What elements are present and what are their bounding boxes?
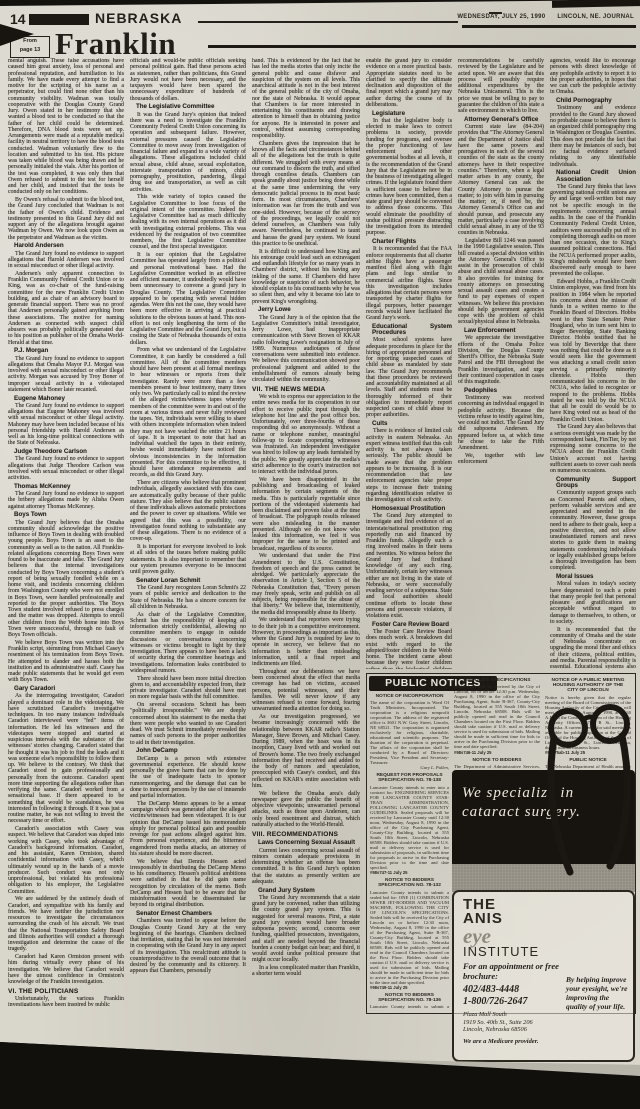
article-column-2: officials and would-be public officials … <box>130 58 246 1006</box>
dateline: WEDNESDAY, JULY 25, 1990 LINCOLN, NE. JO… <box>447 14 634 20</box>
article-paragraph: Moral values in today's society have deg… <box>550 581 636 625</box>
notice-tag: #98s747-11 July 25 <box>370 870 449 875</box>
notice-title-line: SPECIFICATION NO. 78-132 <box>370 883 449 888</box>
public-notice: PUBLIC NOTICEThe Nebraska Department of … <box>545 758 631 770</box>
article-paragraph: We understand that under the First Amend… <box>252 553 360 616</box>
section-heading: VI. THE POLITICIANS <box>8 989 124 995</box>
section-heading: Grand Jury System <box>252 888 360 894</box>
section-heading: Boys Town <box>8 512 124 518</box>
article-paragraph: We are saddened by the untimely death of… <box>8 896 124 952</box>
notice-tag: #98s75ab-11 July 25 <box>545 750 631 755</box>
article-paragraph: The Grand Jury recommends that a state g… <box>252 895 360 964</box>
article-paragraph: It is recommended that the community of … <box>550 627 636 670</box>
anis-medicare-note: We are a Medicare provider. <box>463 1038 539 1045</box>
anis-institute: INSTITUTE <box>463 944 539 959</box>
article-paragraph: The Grand Jury found no evidence to supp… <box>8 356 124 394</box>
article-paragraph: Current state law (84-204) provides that… <box>458 124 544 237</box>
article-paragraph: It was the Grand Jury's opinion that ind… <box>130 112 246 193</box>
article-paragraph: The Grand Jury thinks that laws governin… <box>550 184 636 278</box>
article-paragraph: There should have been more initial dire… <box>130 676 246 701</box>
public-notice: LINCOLN'S SPECIFICATIONSSealed bids will… <box>454 678 540 755</box>
article-paragraph: We believe that Dennis Hessen acted irre… <box>130 859 246 909</box>
article-paragraph: By Owen's refusal to submit to the blood… <box>8 197 124 241</box>
article-paragraph: It is difficult to understand how King a… <box>252 249 360 305</box>
notice-title: PUBLIC NOTICE <box>545 758 631 763</box>
article-paragraph: Edward Hobbs, a Franklin Credit Union em… <box>550 279 636 423</box>
article-column-6: agencies, would like to encourage person… <box>550 58 636 669</box>
section-heading: Community Support Groups <box>550 477 636 490</box>
headline-rule <box>208 45 636 48</box>
notice-body: Lancaster County intends to submit a sea… <box>370 1004 449 1009</box>
cataract-line2: cataract surgery. <box>462 803 581 822</box>
section-heading: Senator Ernest Chambers <box>130 911 246 917</box>
section-heading: Moral Issues <box>550 574 636 580</box>
dateline-rule <box>462 25 636 28</box>
article-headline: Franklin <box>55 26 176 62</box>
notices-column-2: LINCOLN'S SPECIFICATIONSSealed bids will… <box>454 678 540 770</box>
scan-artifact-dash <box>489 12 502 14</box>
notice-title-line: NOTICE OF INCORPORATION <box>370 694 449 699</box>
public-notice: NOTICE TO BIDDERSSPECIFICATION NO. 78-13… <box>370 878 449 990</box>
article-paragraph: Chambers gives the impression that he kn… <box>252 141 360 247</box>
section-heading: Gary Caradori <box>8 686 124 692</box>
section-heading: The Legislative Committee <box>130 104 246 110</box>
article-paragraph: Caradori's association with Casey was su… <box>8 826 124 895</box>
section-heading: Jerry Lowe <box>252 307 360 313</box>
section-heading: P.J. Morgan <box>8 348 124 354</box>
section-heading: Harold Andersen <box>8 243 124 249</box>
notice-title: NOTICE OF INCORPORATION <box>370 694 449 699</box>
article-paragraph: It is our opinion that the Legislative C… <box>130 252 246 346</box>
article-paragraph: Chambers was invited to appear before th… <box>130 918 246 974</box>
article-paragraph: We, together with law enforcement <box>458 453 544 466</box>
article-paragraph: The Grand Jury is of the opinion that th… <box>252 315 360 384</box>
notice-title: REQUEST FOR PROPOSALSSPECIFICATION NO. 7… <box>370 773 449 783</box>
notices-column-3: NOTICE OF A PUBLIC MEETINGHOUSING AUTHOR… <box>545 678 631 770</box>
section-heading: John DeCamp <box>130 748 246 754</box>
article-paragraph: The Grand Jury attempted to investigate … <box>366 513 452 619</box>
public-notice: NOTICE OF A PUBLIC MEETINGHOUSING AUTHOR… <box>545 678 631 755</box>
article-paragraph: The Grand Jury recognizes Loran Schmit's… <box>130 585 246 610</box>
article-paragraph: The DeCamp Memo appears to be a smear ca… <box>130 801 246 857</box>
article-paragraph: It is important for everyone involved to… <box>130 544 246 575</box>
anis-address: Plaza Mall South 1919 So. 40th St., Suit… <box>463 1011 533 1034</box>
notice-body: Notice is hereby given that the regular … <box>545 695 631 750</box>
article-paragraph: As the interrogating investigator, Carad… <box>8 693 124 824</box>
article-paragraph: Testimony was received concerning an ind… <box>458 395 544 451</box>
notice-body: Lancaster County intends to submit a sea… <box>370 890 449 985</box>
notice-tag: #98s746-11 July 25 <box>454 750 540 755</box>
article-paragraph: Andersen's only apparent connection to F… <box>8 271 124 346</box>
public-notice: REQUEST FOR PROPOSALSSPECIFICATION NO. 7… <box>370 773 449 875</box>
section-heading: Law Enforcement <box>458 328 544 334</box>
section-heading: Laws Concerning Sexual Assault <box>252 840 360 846</box>
article-paragraph: The Foster Care Review Board does much w… <box>366 629 452 669</box>
article-column-1: mental anguish. These false accusations … <box>8 58 124 1006</box>
article-paragraph: Current laws concerning sexual assault o… <box>252 848 360 886</box>
public-notice: NOTICE TO BIDDERSThe Department of Admin… <box>454 758 540 770</box>
masthead-logo-block <box>29 14 89 25</box>
public-notice: NOTICE TO BIDDERSSPECIFICATION NO. 78-13… <box>370 993 449 1009</box>
section-heading: Thomas McKenney <box>8 484 124 490</box>
notice-tag: #98s749-11 July 25 <box>370 985 449 990</box>
notices-column-1: NOTICE OF INCORPORATIONThe name of the c… <box>370 694 449 1009</box>
notice-title-line: CITY OF LINCOLN <box>545 688 631 693</box>
section-heading: Legislature <box>366 111 452 117</box>
publication-name: LINCOLN, NE. JOURNAL <box>557 14 634 20</box>
section-heading: VII. THE NEWS MEDIA <box>252 387 360 393</box>
article-paragraph: From what we understand of the Legislati… <box>130 347 246 478</box>
notice-title-line: SPECIFICATION NO. 78-136 <box>370 998 449 1003</box>
notice-title: NOTICE TO BIDDERSSPECIFICATION NO. 78-13… <box>370 993 449 1003</box>
article-paragraph: Legislative Bill 1246 was passed in the … <box>458 238 544 326</box>
article-paragraph: agencies, would like to encourage person… <box>550 58 636 96</box>
section-heading: Homosexual Prostitution <box>366 506 452 512</box>
anis-tagline: By helping improve your eyesight, we're … <box>566 975 628 1011</box>
notice-title: NOTICE OF A PUBLIC MEETINGHOUSING AUTHOR… <box>545 678 631 694</box>
masthead-rule <box>198 21 458 23</box>
article-paragraph: As our investigation progressed, we beca… <box>252 714 360 789</box>
section-heading: Eugene Mahoney <box>8 396 124 402</box>
grainy-photo-strip <box>452 864 635 892</box>
newspaper-page: 14 NEBRASKA WEDNESDAY, JULY 25, 1990 LIN… <box>0 0 640 1109</box>
article-paragraph: recommendations be carefully reviewed by… <box>458 58 544 114</box>
article-paragraph: Caradori had Karen Ormiston present with… <box>8 954 124 985</box>
notice-body: The name of the corporation is Word Of T… <box>370 700 449 765</box>
notice-title-line: SPECIFICATION NO. 78-138 <box>370 778 449 783</box>
article-paragraph: As chair of the Legislative Committee, S… <box>130 612 246 675</box>
article-paragraph: officials and would-be public officials … <box>130 58 246 102</box>
scan-edge-wedge <box>0 24 34 46</box>
article-paragraph: Unfortunately, the various Franklin inve… <box>8 996 124 1006</box>
cataract-banner-text: We specialize in cataract surgery. <box>462 784 581 822</box>
public-notice: NOTICE OF INCORPORATIONThe name of the c… <box>370 694 449 770</box>
article-paragraph: In a less complicated matter than Frankl… <box>252 965 360 978</box>
section-heading: Cults <box>366 421 452 427</box>
section-heading: VIII. RECOMMENDATIONS <box>252 832 360 838</box>
cataract-surgery-banner: We specialize in cataract surgery. <box>452 770 635 864</box>
notice-title: LINCOLN'S SPECIFICATIONS <box>454 678 540 683</box>
section-heading: Attorney General's Office <box>458 117 544 123</box>
anis-cta: For an appointment or free brochure: <box>463 962 573 981</box>
article-paragraph: The Grand Jury found no evidence to supp… <box>8 491 124 510</box>
article-paragraph: We appreciate the investigative efforts … <box>458 335 544 385</box>
anis-name: THE ANIS <box>463 898 503 926</box>
article-column-3: hand. This is evidenced by the fact that… <box>252 58 360 1006</box>
notice-title-line: NOTICE TO BIDDERS <box>454 758 540 763</box>
notice-body: Sealed bids will be received by the City… <box>454 684 540 749</box>
article-paragraph: Testimony and evidence provided to the G… <box>550 105 636 168</box>
article-paragraph: We believe Boys Town was written into th… <box>8 640 124 684</box>
anis-ad-box: THE ANIS eye INSTITUTE For an appointmen… <box>452 890 635 1062</box>
article-paragraph: There are citizens who believe that prom… <box>130 480 246 543</box>
notice-title: NOTICE TO BIDDERS <box>454 758 540 763</box>
article-paragraph: mental anguish. These false accusations … <box>8 58 124 196</box>
anis-phone-tollfree: 1-800/726-2647 <box>463 996 527 1008</box>
article-paragraph: We understand that reporters were trying… <box>252 617 360 667</box>
section-heading: Foster Care Review Board <box>366 622 452 628</box>
article-paragraph: There is evidence of limited cult activi… <box>366 428 452 503</box>
article-paragraph: In that the legislative body is elected … <box>366 118 452 237</box>
section-heading: Charter Flights <box>366 239 452 245</box>
anis-address-3: Lincoln, Nebraska 68506 <box>463 1026 533 1034</box>
article-paragraph: We wish to express our appreciation to t… <box>252 394 360 475</box>
eye-institute-ad: We specialize in cataract surgery. THE A… <box>452 770 635 1062</box>
section-heading: Senator Loran Schmit <box>130 578 246 584</box>
anis-phone-local: 402/483-4448 <box>463 984 527 996</box>
article-paragraph: Community support groups such as Concern… <box>550 490 636 571</box>
article-paragraph: The Grand Jury found no evidence to supp… <box>8 251 124 270</box>
section-heading: Judge Theodore Carlson <box>8 449 124 455</box>
notice-title-line: LINCOLN'S SPECIFICATIONS <box>454 678 540 683</box>
section-heading: Pedophiles <box>458 388 544 394</box>
article-paragraph: enable the grand jury to consider eviden… <box>366 58 452 108</box>
notice-title-line: PUBLIC NOTICE <box>545 758 631 763</box>
article-paragraph: DeCamp is a person with extensive govern… <box>130 756 246 800</box>
article-paragraph: We believe the Omaha area's daily newspa… <box>252 791 360 829</box>
notice-title: NOTICE TO BIDDERSSPECIFICATION NO. 78-13… <box>370 878 449 888</box>
anis-phones: 402/483-4448 1-800/726-2647 <box>463 984 527 1008</box>
article-paragraph: The Grand Jury believes that the Omaha c… <box>8 520 124 639</box>
article-paragraph: The Grand Jury found no evidence to supp… <box>8 456 124 481</box>
anis-address-2: 1919 So. 40th St., Suite 206 <box>463 1019 533 1027</box>
article-paragraph: The Grand Jury also believes that a seri… <box>550 424 636 474</box>
section-heading: Educational System Procedures <box>366 324 452 337</box>
article-paragraph: On several occasions Schmit has been "po… <box>130 702 246 746</box>
article-paragraph: This wide variety of topics caused the L… <box>130 194 246 250</box>
anis-address-1: Plaza Mall South <box>463 1011 533 1019</box>
article-paragraph: It is recommended that the FAA enforce r… <box>366 246 452 321</box>
notice-body: Lancaster County intends to enter into a… <box>370 785 449 870</box>
section-heading: Child Pornography <box>550 98 636 104</box>
section-name: NEBRASKA <box>95 10 182 26</box>
article-paragraph: hand. This is evidenced by the fact that… <box>252 58 360 139</box>
article-column-4: enable the grand jury to consider eviden… <box>366 58 452 669</box>
article-paragraph: Most school systems have adequate proced… <box>366 337 452 418</box>
continued-from-line2: page 13 <box>11 46 49 55</box>
section-heading: National Credit Union Association <box>550 170 636 183</box>
article-column-5: recommendations be carefully reviewed by… <box>458 58 544 669</box>
notice-signature: Gary L. Pullen, <box>370 765 449 770</box>
article-paragraph: We have been disappointed in the publish… <box>252 477 360 552</box>
issue-date: WEDNESDAY, JULY 25, 1990 <box>457 14 545 20</box>
article-paragraph: Throughout our deliberations we have bee… <box>252 669 360 713</box>
article-paragraph: The Grand Jury found no evidence to supp… <box>8 403 124 447</box>
cataract-line1: We specialize in <box>462 784 581 803</box>
